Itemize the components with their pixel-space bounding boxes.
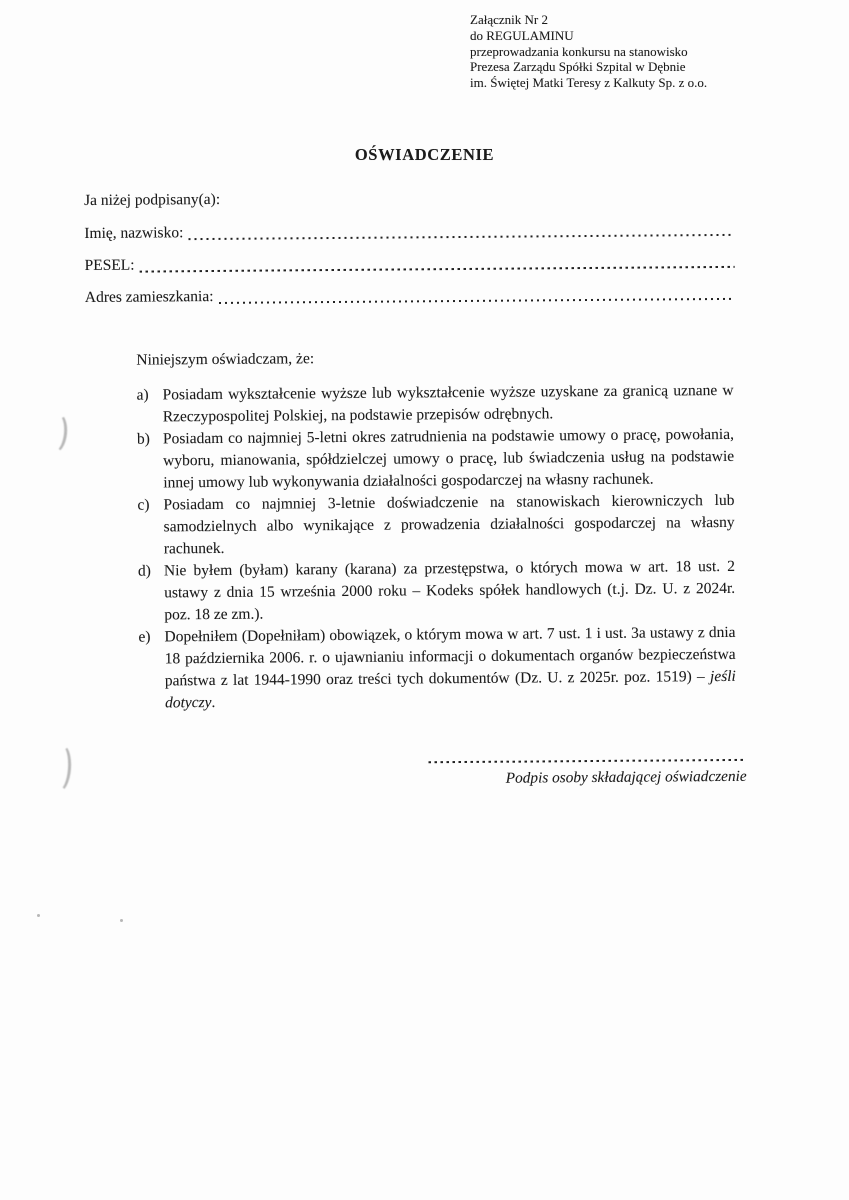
statement-item-b: b) Posiadam co najmniej 5-letni okres za… xyxy=(137,424,734,495)
item-marker: b) xyxy=(137,428,150,450)
item-text-end: . xyxy=(211,694,215,711)
item-marker: c) xyxy=(137,494,149,516)
scan-artifact xyxy=(48,743,72,792)
scan-speck xyxy=(120,919,123,922)
scan-speck xyxy=(37,914,40,917)
field-address: Adres zamieszkania: xyxy=(85,282,735,309)
item-marker: d) xyxy=(138,560,151,582)
attachment-note-line: Załącznik Nr 2 xyxy=(470,12,707,28)
item-marker: a) xyxy=(137,384,149,406)
dotted-fill-line xyxy=(219,298,735,304)
item-text: Posiadam co najmniej 5-letni okres zatru… xyxy=(163,426,734,491)
statement-item-e: e) Dopełniłem (Dopełniłam) obowiązek, o … xyxy=(138,622,736,715)
item-text: Posiadam co najmniej 3-letnie doświadcze… xyxy=(163,492,734,557)
attachment-note-line: im. Świętej Matki Teresy z Kalkuty Sp. z… xyxy=(470,75,707,91)
scanned-document-page: Załącznik Nr 2 do REGULAMINU przeprowadz… xyxy=(0,0,849,1200)
signature-dotted-line xyxy=(428,759,746,764)
field-label: Adres zamieszkania: xyxy=(85,286,219,309)
attachment-note-line: przeprowadzania konkursu na stanowisko xyxy=(470,44,707,60)
declarant-intro: Ja niżej podpisany(a): xyxy=(84,185,734,212)
document-body: Ja niżej podpisany(a): Imię, nazwisko: P… xyxy=(84,185,739,792)
attachment-note: Załącznik Nr 2 do REGULAMINU przeprowadz… xyxy=(470,12,707,91)
item-text: Nie byłem (byłam) karany (karana) za prz… xyxy=(164,558,735,623)
field-name-surname: Imię, nazwisko: xyxy=(84,218,734,245)
item-marker: e) xyxy=(138,626,150,648)
attachment-note-line: Prezesa Zarządu Spółki Szpital w Dębnie xyxy=(470,59,707,75)
statement-item-c: c) Posiadam co najmniej 3-letnie doświad… xyxy=(137,490,734,561)
statement-list: a) Posiadam wykształcenie wyższe lub wyk… xyxy=(137,380,737,715)
statement-item-a: a) Posiadam wykształcenie wyższe lub wyk… xyxy=(137,380,734,429)
field-pesel: PESEL: xyxy=(85,250,735,277)
scan-artifact xyxy=(44,412,69,454)
statement-lead: Niniejszym oświadczam, że: xyxy=(136,345,735,372)
signature-caption: Podpis osoby składającej oświadczenie xyxy=(429,767,747,789)
field-label: Imię, nazwisko: xyxy=(84,222,188,245)
document-title: OŚWIADCZENIE xyxy=(0,145,849,165)
dotted-fill-line xyxy=(188,234,734,241)
dotted-fill-line xyxy=(140,266,735,273)
attachment-note-line: do REGULAMINU xyxy=(470,28,707,44)
item-text: Dopełniłem (Dopełniłam) obowiązek, o któ… xyxy=(164,624,735,689)
statement-item-d: d) Nie byłem (byłam) karany (karana) za … xyxy=(138,556,735,627)
item-text: Posiadam wykształcenie wyższe lub wykszt… xyxy=(163,382,734,425)
signature-block: Podpis osoby składającej oświadczenie xyxy=(428,759,746,790)
field-label: PESEL: xyxy=(85,255,140,277)
